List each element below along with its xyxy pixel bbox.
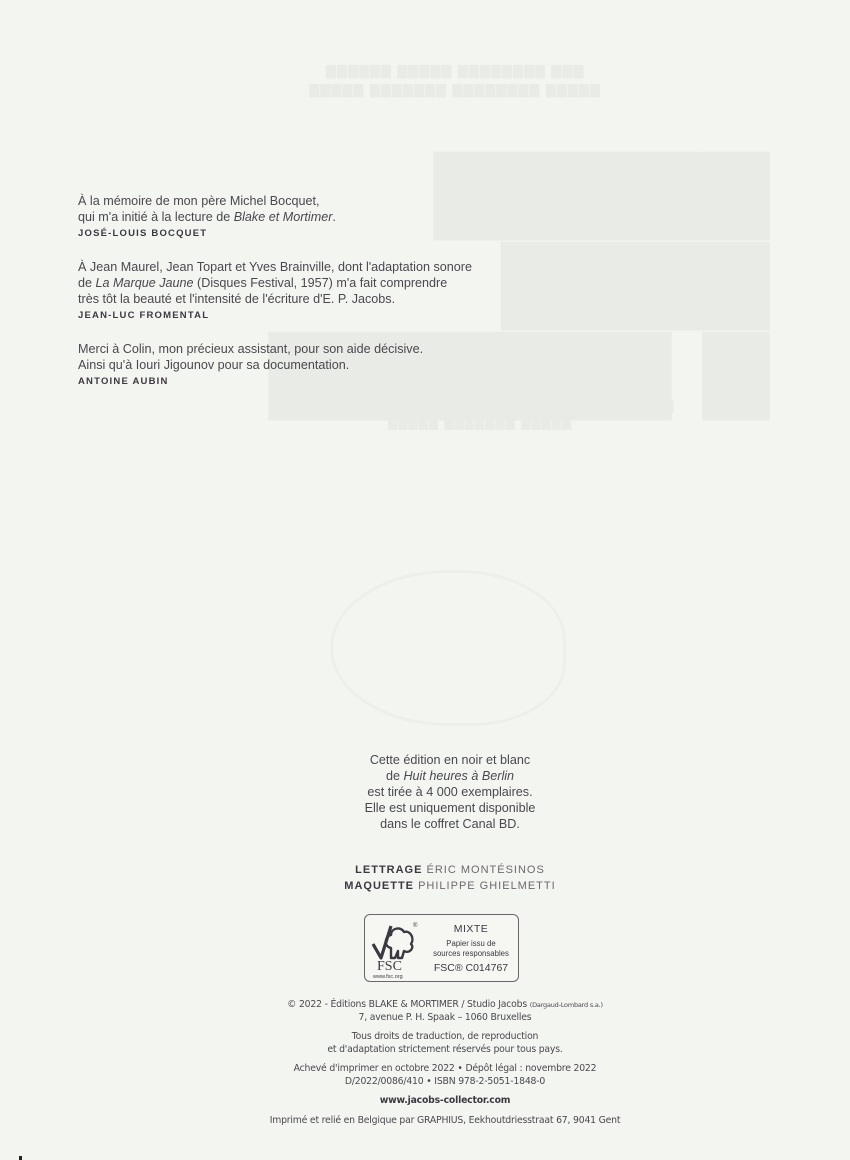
text-span: de xyxy=(386,769,404,783)
dedication-text: de La Marque Jaune (Disques Festival, 19… xyxy=(78,275,498,291)
dedication-text: À Jean Maurel, Jean Topart et Yves Brain… xyxy=(78,259,498,275)
edition-text: Cette édition en noir et blanc xyxy=(330,752,570,768)
dedication-text: À la mémoire de mon père Michel Bocquet, xyxy=(78,193,498,209)
credits: LETTRAGE ÉRIC MONTÉSINOS MAQUETTE PHILIP… xyxy=(330,862,570,894)
dedication-text: Ainsi qu'à Iouri Jigounov pour sa docume… xyxy=(78,357,498,373)
fsc-tree-check-icon: FSC www.fsc.org ® xyxy=(369,918,421,980)
edition-note: Cette édition en noir et blanc de Huit h… xyxy=(330,752,570,832)
publisher-address: 7, avenue P. H. Spaak – 1060 Bruxelles xyxy=(240,1012,650,1025)
fsc-desc-line: sources responsables xyxy=(425,949,517,959)
dedication-aubin: Merci à Colin, mon précieux assistant, p… xyxy=(78,341,498,388)
credit-role: MAQUETTE xyxy=(344,880,414,892)
fsc-label: FSC www.fsc.org ® MIXTE Papier issu de s… xyxy=(364,914,519,982)
edition-text: Elle est uniquement disponible xyxy=(330,800,570,816)
svg-text:www.fsc.org: www.fsc.org xyxy=(372,974,403,980)
show-through-emblem xyxy=(330,570,566,726)
rights-text: et d'adaptation strictement réservés pou… xyxy=(240,1044,650,1057)
dedication-text: qui m'a initié à la lecture de Blake et … xyxy=(78,209,498,225)
dedication-text: très tôt la beauté et l'intensité de l'é… xyxy=(78,291,498,307)
credit-name: ÉRIC MONTÉSINOS xyxy=(427,864,545,876)
dedication-bocquet: À la mémoire de mon père Michel Bocquet,… xyxy=(78,193,498,240)
printer-info: Imprimé et relié en Belgique par GRAPHIU… xyxy=(240,1115,650,1128)
isbn: D/2022/0086/410 • ISBN 978-2-5051-1848-0 xyxy=(240,1076,650,1089)
fsc-description: Papier issu de sources responsables xyxy=(425,939,517,959)
signature: JEAN-LUC FROMENTAL xyxy=(78,309,498,322)
book-title: Huit heures à Berlin xyxy=(403,769,514,783)
book-title: La Marque Jaune xyxy=(96,276,194,290)
text-span: . xyxy=(332,210,336,224)
svg-text:®: ® xyxy=(413,922,418,929)
fsc-desc-line: Papier issu de xyxy=(425,939,517,949)
rights-text: Tous droits de traduction, de reproducti… xyxy=(240,1031,650,1044)
text-span: (Disques Festival, 1957) m'a fait compre… xyxy=(194,276,448,290)
credit-name: PHILIPPE GHIELMETTI xyxy=(418,880,556,892)
print-date: Achevé d'imprimer en octobre 2022 • Dépô… xyxy=(240,1063,650,1076)
text-span: qui m'a initié à la lecture de xyxy=(78,210,234,224)
legal-notice: © 2022 - Éditions BLAKE & MORTIMER / Stu… xyxy=(240,999,650,1127)
copyright: © 2022 - Éditions BLAKE & MORTIMER / Stu… xyxy=(240,999,650,1012)
fsc-category: MIXTE xyxy=(425,923,517,936)
credit-layout: MAQUETTE PHILIPPE GHIELMETTI xyxy=(330,878,570,894)
text-span: de xyxy=(78,276,96,290)
edition-text: de Huit heures à Berlin xyxy=(330,768,570,784)
fsc-license-code: FSC® C014767 xyxy=(425,962,517,975)
show-through-header: ▇▇▇▇▇▇ ▇▇▇▇▇ ▇▇▇▇▇▇▇▇ ▇▇▇▇▇▇▇▇ ▇▇▇▇▇▇▇ ▇… xyxy=(290,62,620,100)
signature: JOSÉ-LOUIS BOCQUET xyxy=(78,227,498,240)
book-title: Blake et Mortimer xyxy=(234,210,333,224)
credit-lettering: LETTRAGE ÉRIC MONTÉSINOS xyxy=(330,862,570,878)
fsc-details: MIXTE Papier issu de sources responsable… xyxy=(425,923,517,975)
dedication-text: Merci à Colin, mon précieux assistant, p… xyxy=(78,341,498,357)
crop-mark xyxy=(19,1156,22,1160)
edition-text: est tirée à 4 000 exemplaires. xyxy=(330,784,570,800)
dedications: À la mémoire de mon père Michel Bocquet,… xyxy=(78,193,498,407)
signature: ANTOINE AUBIN xyxy=(78,375,498,388)
website-link[interactable]: www.jacobs-collector.com xyxy=(240,1095,650,1108)
dedication-fromental: À Jean Maurel, Jean Topart et Yves Brain… xyxy=(78,259,498,322)
copyright-company: (Dargaud-Lombard s.a.) xyxy=(530,1001,603,1009)
edition-text: dans le coffret Canal BD. xyxy=(330,816,570,832)
copyright-text: © 2022 - Éditions BLAKE & MORTIMER / Stu… xyxy=(287,999,530,1010)
credit-role: LETTRAGE xyxy=(355,864,422,876)
svg-text:FSC: FSC xyxy=(377,959,402,974)
